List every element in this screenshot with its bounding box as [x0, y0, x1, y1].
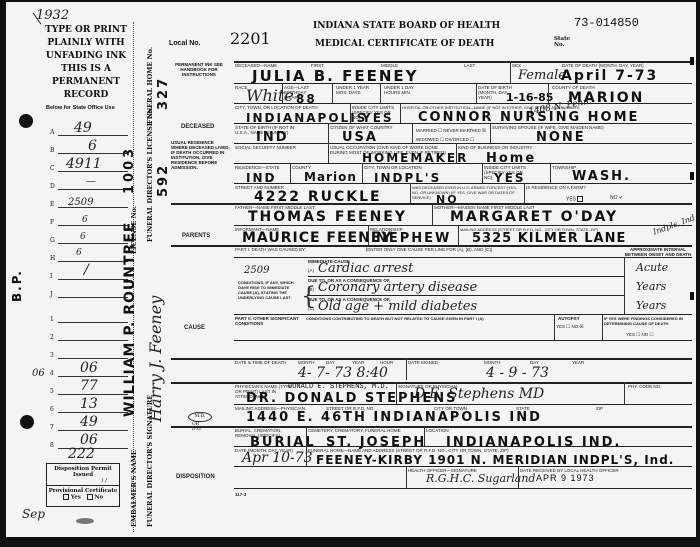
embalmer-name-label: EMBALMER'S NAME	[130, 450, 138, 527]
director-signature-label: FUNERAL DIRECTOR'S SIGNATURE	[146, 417, 154, 527]
year-note: 1932	[36, 8, 69, 23]
state-office-label: Below for State Office Use	[46, 105, 115, 111]
father-name: THOMAS FEENEY	[248, 209, 407, 225]
section-usual-residence: USUAL RESIDENCE WHERE DECEASED LIVED. IF…	[171, 140, 231, 170]
funeral-directors-license-no: 592	[156, 164, 171, 197]
funeral-home-no: 327	[156, 77, 171, 110]
death-certificate: 1932 TYPE OR PRINT PLAINLY WITH UNFADING…	[6, 2, 696, 537]
title-line-2: MEDICAL CERTIFICATE OF DEATH	[315, 39, 494, 49]
local-no-label: Local No.	[169, 40, 201, 47]
disposition-date: Apr 10-73	[242, 450, 313, 466]
director-signature: Harry J. Feeney	[146, 296, 165, 422]
date-received-stamp: APR 9 1973	[536, 473, 595, 483]
embalmer-license-no: 1003	[122, 146, 137, 194]
date-signed: 4 - 9 - 73	[486, 365, 549, 381]
section-deceased: DECEASED	[181, 124, 214, 130]
physician-address: 1440 E. 46TH INDIANAPOLIS IND	[246, 410, 542, 425]
title-line-1: INDIANA STATE BOARD OF HEALTH	[313, 21, 500, 31]
informant-name: MAURICE FEENEY	[242, 230, 393, 246]
embalmer-license-label: LICENSE No.	[130, 206, 138, 254]
ink-notice: TYPE OR PRINT PLAINLY WITH UNFADING INK …	[36, 24, 136, 102]
interval-b: Years	[636, 280, 666, 293]
cause-c: Old age + mild diabetes	[318, 299, 477, 314]
funeral-home-label: FUNERAL HOME No.	[146, 47, 154, 124]
physician-signature: D.E. Stephens MD	[414, 386, 544, 402]
provisional-yes-checkbox[interactable]	[63, 494, 69, 500]
cause-code: 2509	[244, 265, 269, 276]
union-label-icon	[76, 518, 94, 524]
section-cause: CAUSE	[184, 325, 205, 331]
residence-county: Marion	[304, 170, 357, 184]
cause-a: Cardiac arrest	[318, 261, 413, 276]
farm-yes: YES	[566, 196, 583, 202]
md-oval: M.D.	[188, 412, 212, 422]
township: WASH.	[572, 169, 631, 184]
deceased-sex: Female	[518, 68, 566, 83]
interval-a: Acute	[636, 261, 668, 274]
interval-c: Years	[636, 299, 666, 312]
mother-name: MARGARET O'DAY	[450, 209, 618, 225]
farm-no: NO ✔	[610, 196, 623, 201]
death-datetime: 4- 7- 73 8:40	[298, 365, 388, 381]
form-number: 117-3	[235, 492, 246, 497]
health-officer-signature: R.G.H.C. Sugarland	[426, 472, 535, 485]
funeral-home: FEENEY-KIRBY 1901 N. MERIDIAN INDPL'S, I…	[316, 453, 674, 467]
provisional-no-checkbox[interactable]	[87, 494, 93, 500]
marital-status: MARRIED ☐ NEVER MARRIED ☒ WIDOWED ☐ DIVO…	[416, 126, 488, 144]
informant-address: 5325 KILMER LANE	[472, 231, 626, 246]
section-disposition: DISPOSITION	[176, 474, 215, 480]
initials: Sep	[22, 507, 45, 521]
informant-relationship: NEPHEW	[376, 231, 451, 246]
state-no-label: State No.	[554, 36, 574, 48]
autopsy: YES ☐ NO ☒	[556, 324, 584, 329]
bp-mark: B.P.	[10, 269, 24, 302]
permanent-ink-note: PERMANENT INK SEE HANDBOOK FOR INSTRUCTI…	[170, 62, 228, 77]
date-of-death: April 7-73	[561, 68, 658, 84]
section-parents: PARENTS	[182, 233, 210, 239]
punch-hole	[19, 114, 33, 128]
cause-b: Coronary artery disease	[318, 280, 477, 295]
funeral-directors-license-label: FUNERAL DIRECTOR'S LICENSE No.	[146, 106, 154, 242]
physician-typed: DONALD E. STEPHENS, M.D.	[288, 383, 389, 391]
disposition-permit-box: Disposition Permit Issued / / Provisiona…	[46, 463, 120, 507]
findings: YES ☐ NO ☐	[626, 332, 654, 337]
state-no: 73-014850	[574, 16, 639, 30]
punch-hole	[20, 415, 34, 429]
local-no: 2201	[230, 29, 271, 48]
